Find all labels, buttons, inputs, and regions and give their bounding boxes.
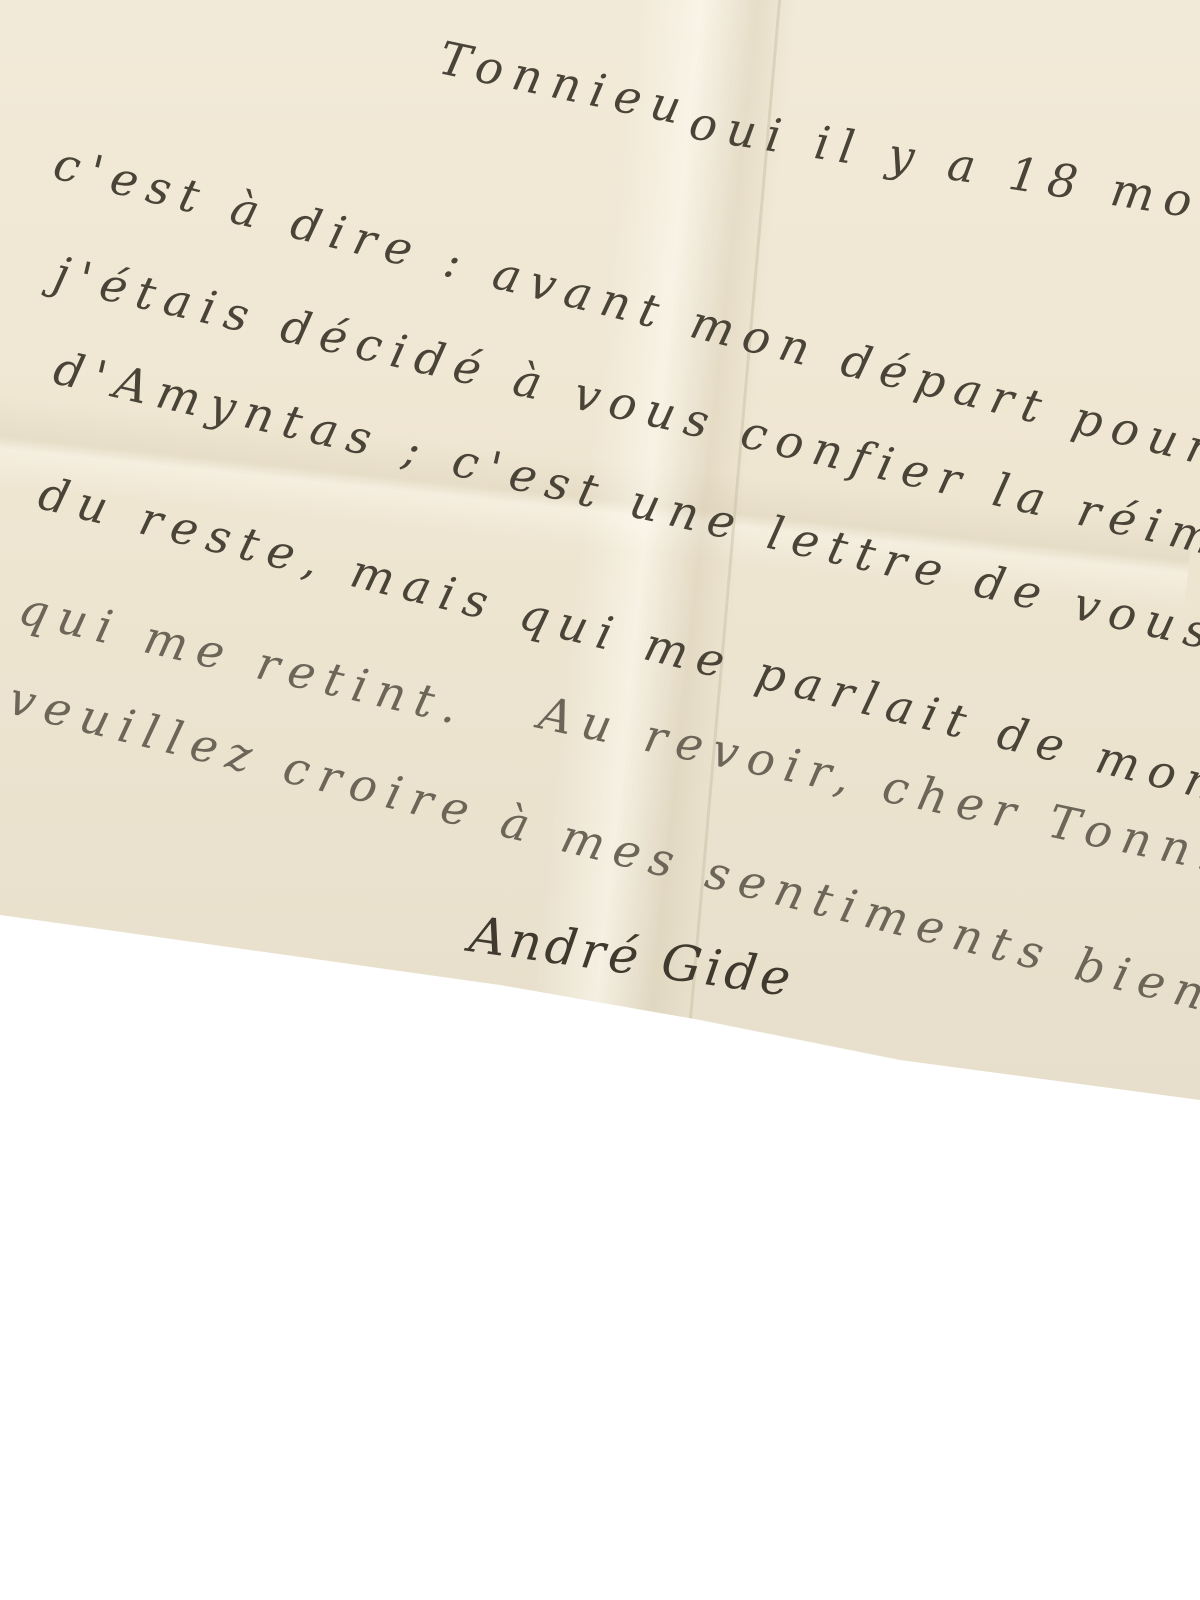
letter-paper: Tonnieu oui il y a 18 mois c'est à dire …: [0, 0, 1200, 1100]
